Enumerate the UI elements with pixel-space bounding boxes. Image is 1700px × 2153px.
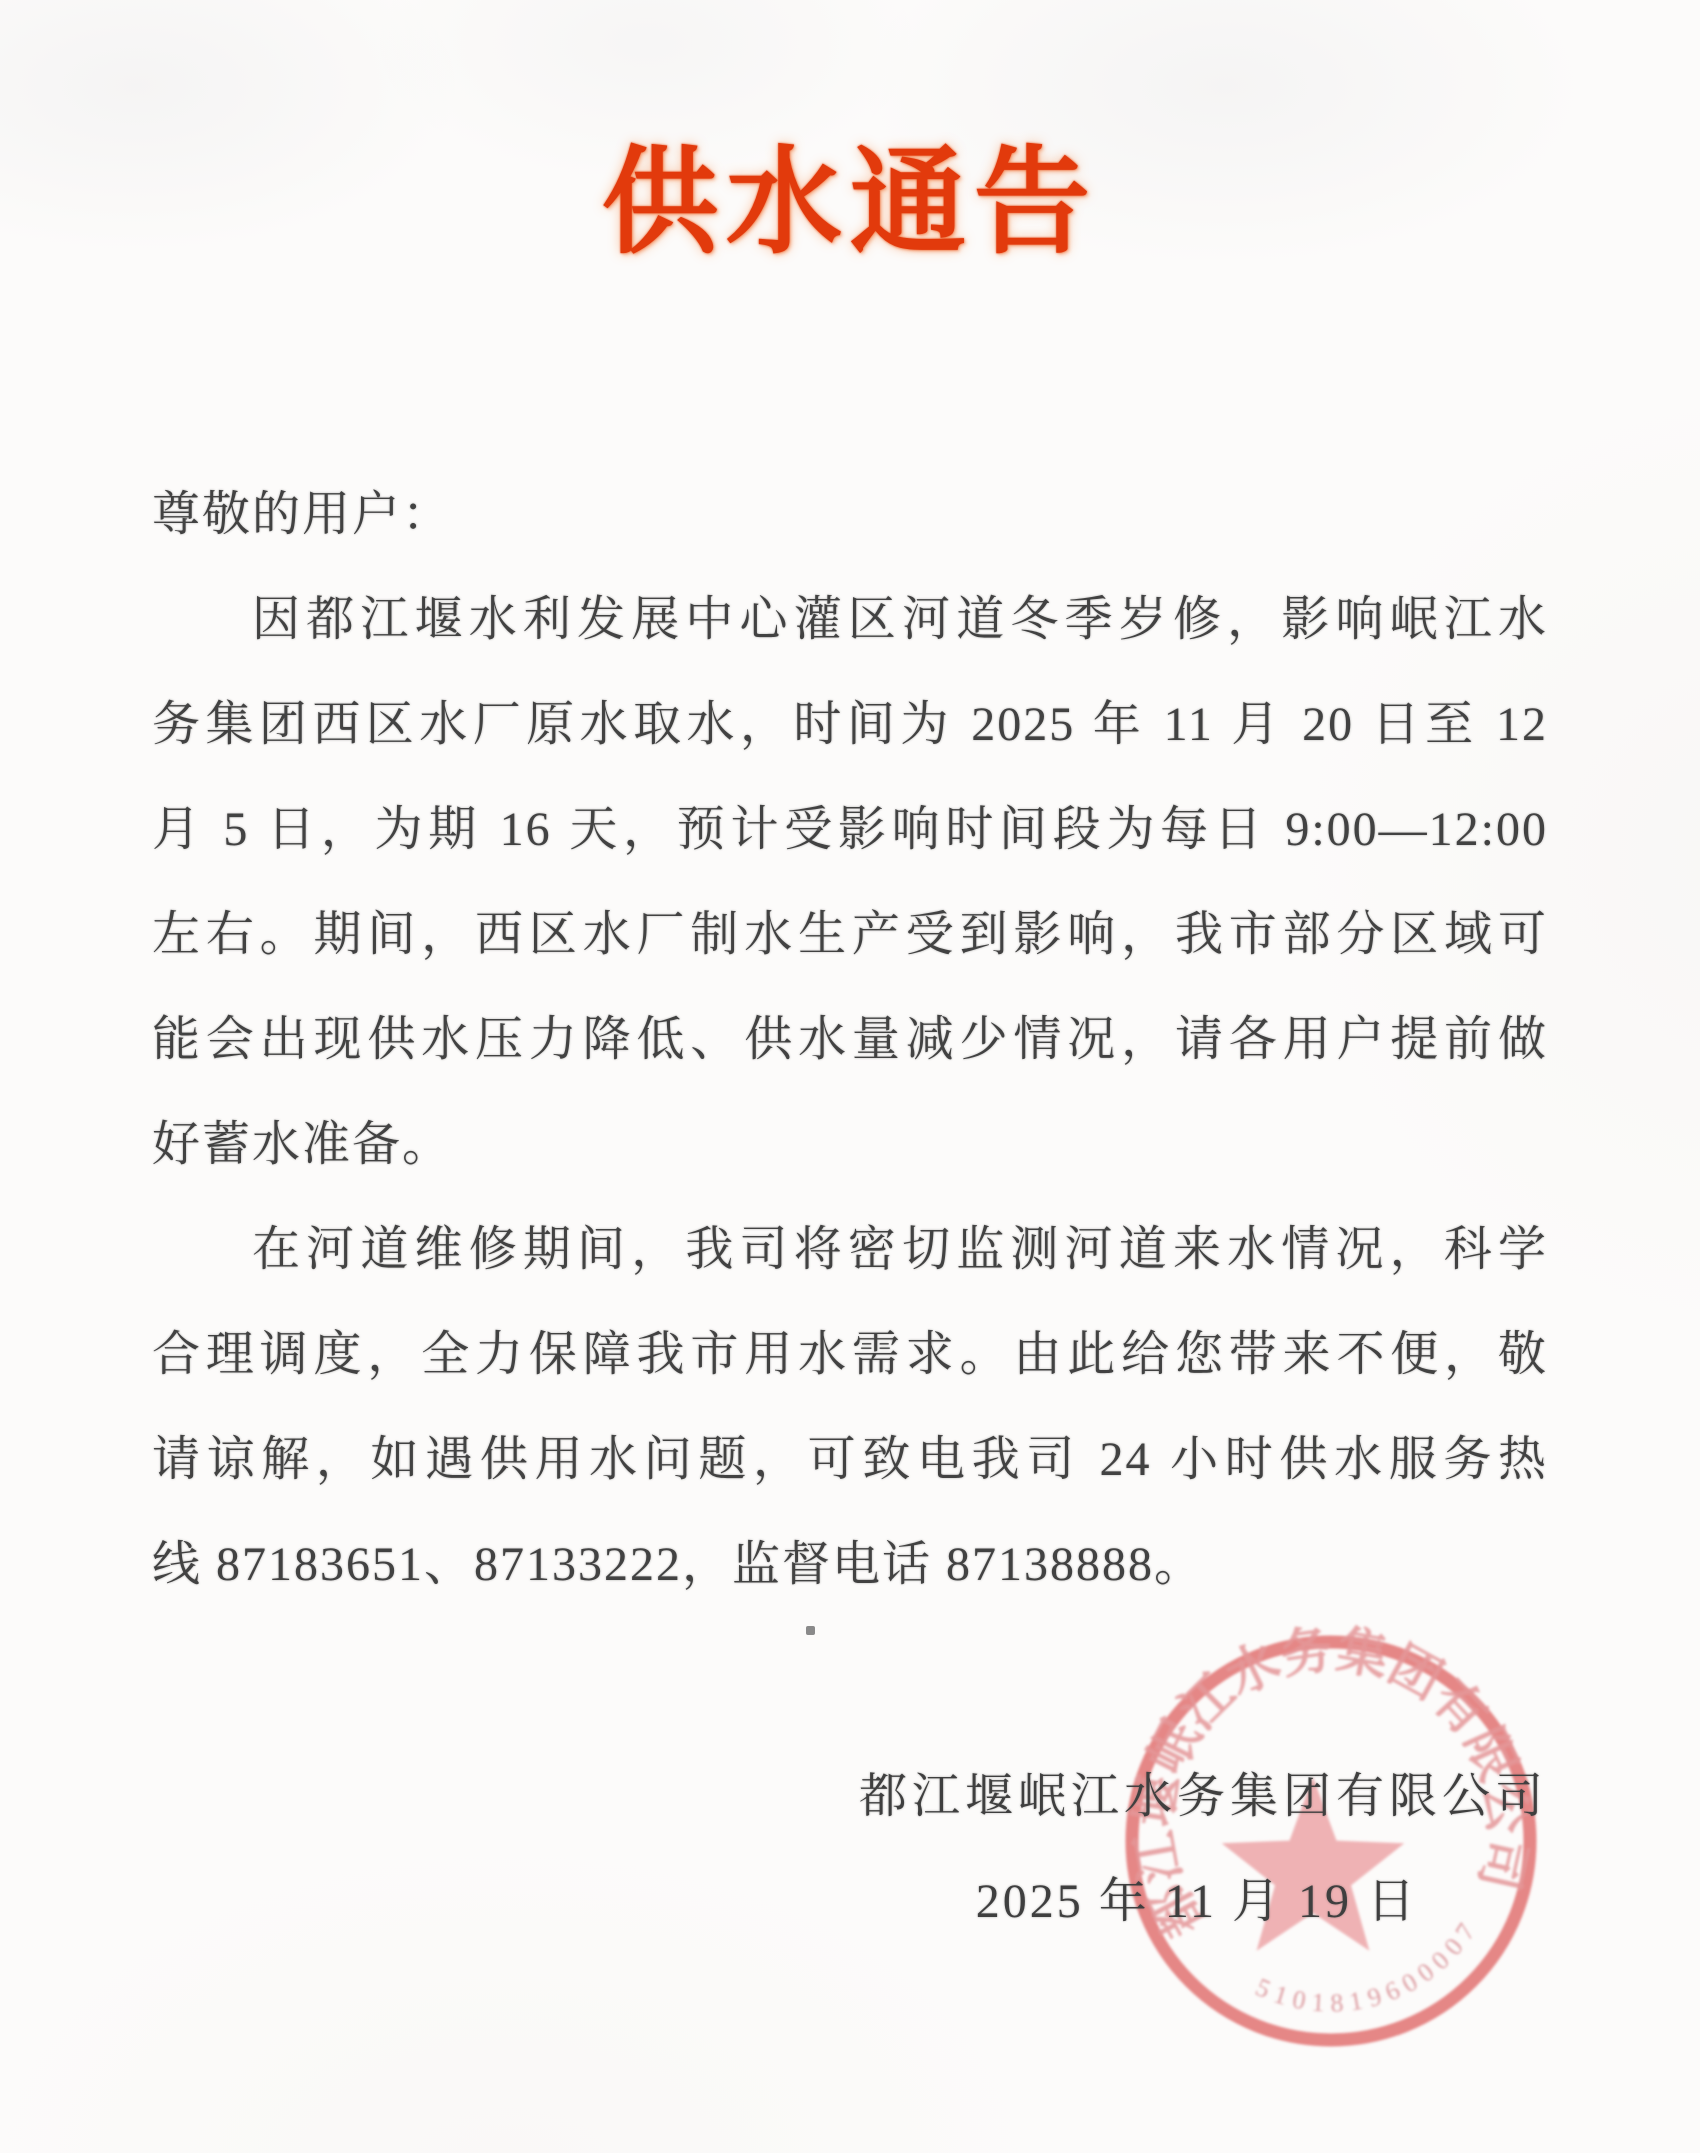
signature-company: 都江堰岷江水务集团有限公司 <box>859 1757 1548 1826</box>
seal-graphic: 都江堰岷江水务集团有限公司 5101819600007 <box>1101 1616 1561 2066</box>
body-line: 合理调度，全力保障我市用水需求。由此给您带来不便，敬 <box>152 1302 1548 1407</box>
body-line: 左右。期间，西区水厂制水生产受到影响，我市部分区域可 <box>152 882 1548 987</box>
signature-date: 2025 年 11 月 19 日 <box>976 1862 1418 1931</box>
notice-title: 供水通告 <box>0 138 1700 271</box>
body-line: 在河道维修期间，我司将密切监测河道来水情况，科学 <box>152 1197 1548 1302</box>
body-line: 务集团西区水厂原水取水，时间为 2025 年 11 月 20 日至 12 <box>152 672 1548 777</box>
company-seal: 都江堰岷江水务集团有限公司 5101819600007 <box>1101 1616 1561 2066</box>
scan-speck <box>806 1626 815 1635</box>
paragraphs: 因都江堰水利发展中心灌区河道冬季岁修，影响岷江水务集团西区水厂原水取水，时间为 … <box>152 567 1548 1617</box>
greeting-line: 尊敬的用户： <box>152 462 1548 567</box>
body-line: 能会出现供水压力降低、供水量减少情况，请各用户提前做 <box>152 987 1548 1092</box>
body-line: 因都江堰水利发展中心灌区河道冬季岁修，影响岷江水 <box>152 567 1548 672</box>
water-supply-notice-document: 供水通告 尊敬的用户： 因都江堰水利发展中心灌区河道冬季岁修，影响岷江水务集团西… <box>0 0 1700 2153</box>
body-line: 月 5 日，为期 16 天，预计受影响时间段为每日 9:00—12:00 <box>152 777 1548 882</box>
body-line: 请谅解，如遇供用水问题，可致电我司 24 小时供水服务热 <box>152 1407 1548 1512</box>
body-line: 好蓄水准备。 <box>152 1092 1548 1197</box>
body-line: 线 87183651、87133222，监督电话 87138888。 <box>152 1512 1548 1617</box>
notice-body: 尊敬的用户： 因都江堰水利发展中心灌区河道冬季岁修，影响岷江水务集团西区水厂原水… <box>152 462 1548 1617</box>
